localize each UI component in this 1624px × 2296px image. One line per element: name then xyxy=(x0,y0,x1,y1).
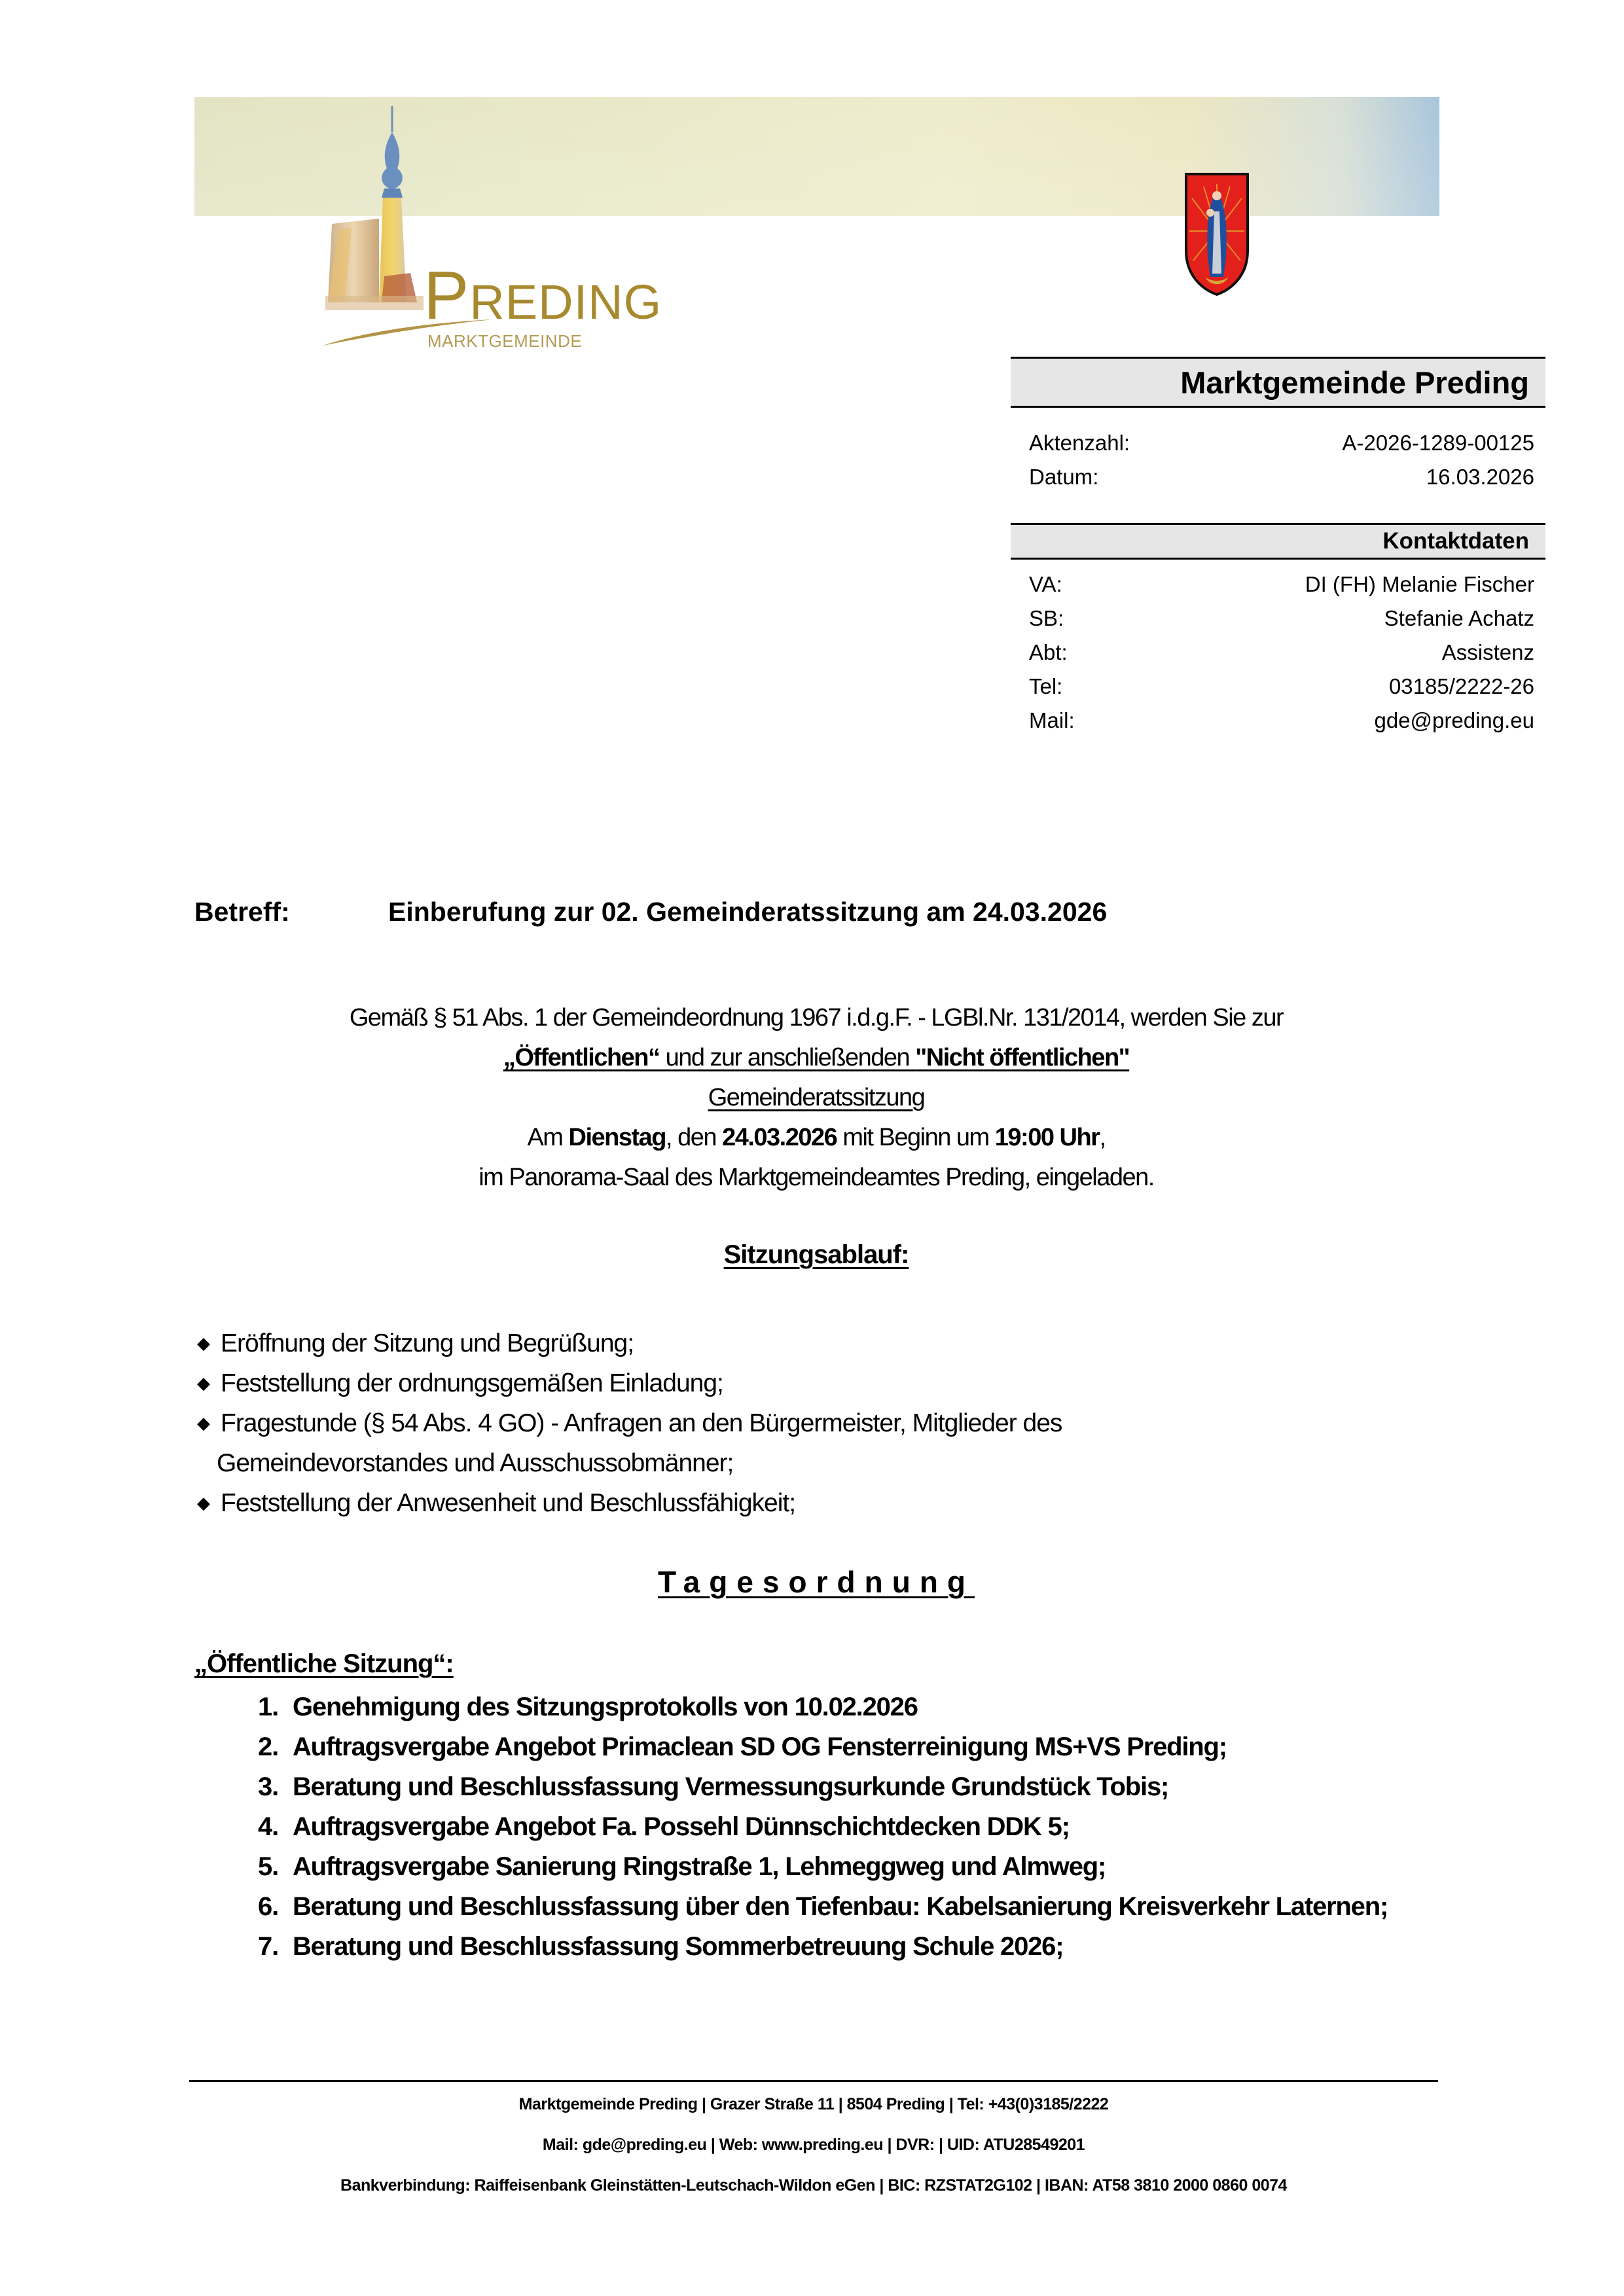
list-item: ◆Feststellung der ordnungsgemäßen Einlad… xyxy=(194,1363,1438,1403)
meta-rows: Aktenzahl: A-2026-1289-00125 Datum: 16.0… xyxy=(1011,408,1545,523)
diamond-bullet-icon: ◆ xyxy=(197,1363,209,1403)
agenda-list: 1.Genehmigung des Sitzungsprotokolls von… xyxy=(194,1687,1445,1967)
contact-row-abt: Abt: Assistenz xyxy=(1029,636,1534,670)
session-procedure-heading: Sitzungsablauf: xyxy=(194,1240,1438,1270)
subject-text: Einberufung zur 02. Gemeinderatssitzung … xyxy=(388,897,1107,927)
agenda-heading: Tagesordnung xyxy=(194,1564,1438,1600)
contact-header: Kontaktdaten xyxy=(1011,523,1545,560)
logo-wordmark: PREDING MARKTGEMEINDE xyxy=(424,262,662,351)
intro-line-4: Am Dienstag, den 24.03.2026 mit Beginn u… xyxy=(194,1118,1438,1158)
agenda-item: 4.Auftragsvergabe Angebot Fa. Possehl Dü… xyxy=(194,1807,1445,1847)
agenda-item: 5.Auftragsvergabe Sanierung Ringstraße 1… xyxy=(194,1847,1445,1887)
agenda-item: 3.Beratung und Beschlussfassung Vermessu… xyxy=(194,1767,1445,1807)
contact-row-tel: Tel: 03185/2222-26 xyxy=(1029,670,1534,704)
contact-rows: VA: DI (FH) Melanie Fischer SB: Stefanie… xyxy=(1011,560,1545,738)
public-session-heading: „Öffentliche Sitzung“: xyxy=(194,1649,454,1679)
letterhead-banner: PREDING MARKTGEMEINDE xyxy=(194,97,1439,346)
footer-contact: Mail: gde@preding.eu | Web: www.preding.… xyxy=(189,2132,1438,2172)
agenda-item: 6.Beratung und Beschlussfassung über den… xyxy=(194,1887,1445,1927)
agenda-item: 1.Genehmigung des Sitzungsprotokolls von… xyxy=(194,1687,1445,1727)
list-item: ◆Fragestunde (§ 54 Abs. 4 GO) - Anfragen… xyxy=(194,1403,1438,1483)
meta-row-datum: Datum: 16.03.2026 xyxy=(1029,460,1534,494)
diamond-bullet-icon: ◆ xyxy=(197,1483,209,1523)
subject-label: Betreff: xyxy=(194,897,388,927)
subject-line: Betreff: Einberufung zur 02. Gemeinderat… xyxy=(194,897,1107,927)
footer: Marktgemeinde Preding | Grazer Straße 11… xyxy=(189,2091,1438,2213)
contact-row-va: VA: DI (FH) Melanie Fischer xyxy=(1029,567,1534,601)
diamond-bullet-icon: ◆ xyxy=(197,1323,209,1363)
infobox-title: Marktgemeinde Preding xyxy=(1180,365,1529,401)
invitation-paragraph: Gemäß § 51 Abs. 1 der Gemeindeordnung 19… xyxy=(194,998,1438,1198)
intro-line-2: „Öffentlichen“ und zur anschließenden "N… xyxy=(194,1038,1438,1078)
contact-mail-link[interactable]: gde@preding.eu xyxy=(1374,708,1534,733)
diamond-bullet-icon: ◆ xyxy=(197,1403,209,1443)
footer-address: Marktgemeinde Preding | Grazer Straße 11… xyxy=(189,2091,1438,2132)
session-procedure-list: ◆Eröffnung der Sitzung und Begrüßung; ◆F… xyxy=(194,1323,1438,1523)
list-item: ◆Eröffnung der Sitzung und Begrüßung; xyxy=(194,1323,1438,1363)
intro-line-3: Gemeinderatssitzung xyxy=(194,1078,1438,1118)
footer-divider xyxy=(189,2080,1438,2082)
meta-row-aktenzahl: Aktenzahl: A-2026-1289-00125 xyxy=(1029,426,1534,460)
list-item: ◆Feststellung der Anwesenheit und Beschl… xyxy=(194,1483,1438,1523)
infobox-header: Marktgemeinde Preding xyxy=(1011,357,1545,408)
intro-line-5: im Panorama-Saal des Marktgemeindeamtes … xyxy=(194,1158,1438,1198)
contact-row-sb: SB: Stefanie Achatz xyxy=(1029,601,1534,636)
contact-row-mail: Mail: gde@preding.eu xyxy=(1029,704,1534,738)
agenda-item: 2.Auftragsvergabe Angebot Primaclean SD … xyxy=(194,1727,1445,1767)
agenda-item: 7.Beratung und Beschlussfassung Sommerbe… xyxy=(194,1927,1445,1967)
coat-of-arms-icon xyxy=(1184,172,1250,296)
info-box: Marktgemeinde Preding Aktenzahl: A-2026-… xyxy=(1011,357,1545,738)
footer-bank: Bankverbindung: Raiffeisenbank Gleinstät… xyxy=(189,2172,1438,2213)
intro-line-1: Gemäß § 51 Abs. 1 der Gemeindeordnung 19… xyxy=(194,998,1438,1038)
